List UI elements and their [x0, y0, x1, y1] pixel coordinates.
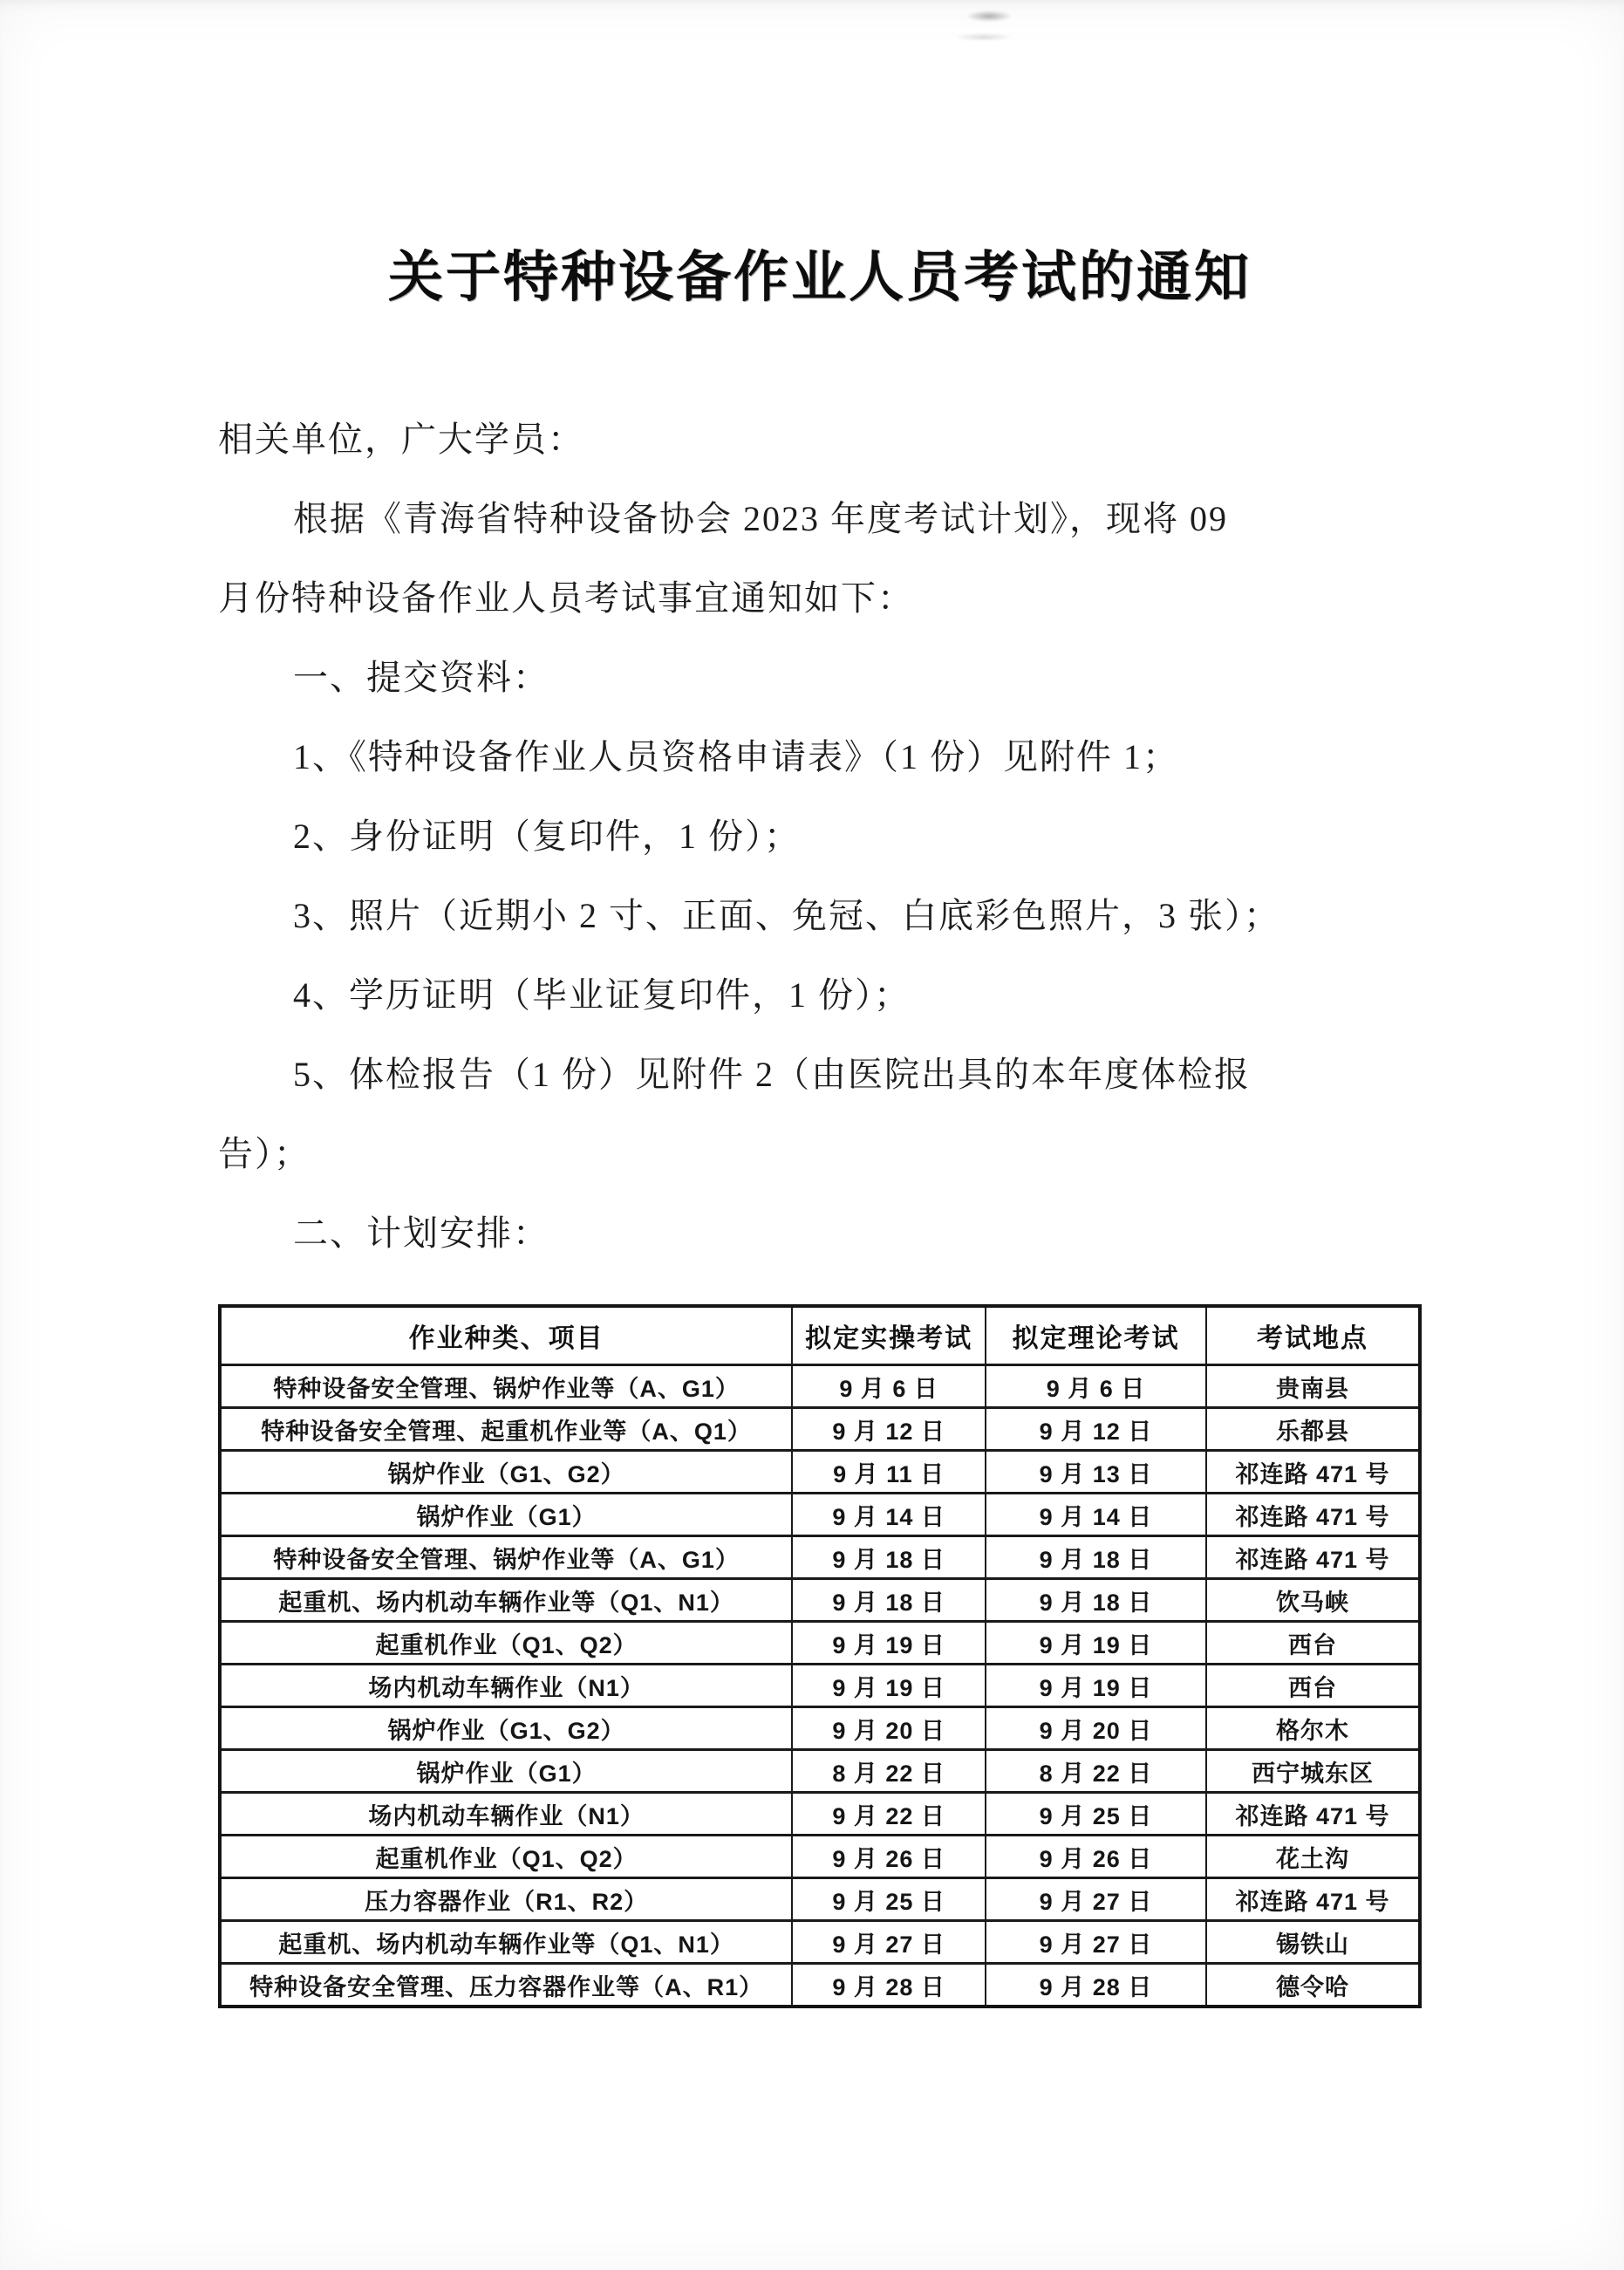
cell-job-category: 锅炉作业（G1、G2） [220, 1451, 792, 1494]
body-line: 4、学历证明（毕业证复印件，1 份）； [218, 955, 1422, 1035]
cell-practical-exam-date: 9 月 27 日 [792, 1921, 986, 1964]
table-row: 锅炉作业（G1）8 月 22 日8 月 22 日西宁城东区 [220, 1750, 1420, 1793]
document-title: 关于特种设备作业人员考试的通知 [218, 0, 1422, 318]
cell-practical-exam-date: 9 月 18 日 [792, 1536, 986, 1579]
table-row: 锅炉作业（G1）9 月 14 日9 月 14 日祁连路 471 号 [220, 1494, 1420, 1536]
body-line: 告）； [218, 1114, 1422, 1193]
column-header: 作业种类、项目 [220, 1306, 792, 1365]
column-header: 拟定理论考试 [986, 1306, 1206, 1365]
cell-practical-exam-date: 9 月 12 日 [792, 1408, 986, 1451]
table-row: 特种设备安全管理、锅炉作业等（A、G1）9 月 18 日9 月 18 日祁连路 … [220, 1536, 1420, 1579]
table-row: 场内机动车辆作业（N1）9 月 19 日9 月 19 日西台 [220, 1665, 1420, 1707]
cell-practical-exam-date: 9 月 22 日 [792, 1793, 986, 1836]
cell-job-category: 特种设备安全管理、锅炉作业等（A、G1） [220, 1365, 792, 1408]
table-row: 特种设备安全管理、锅炉作业等（A、G1）9 月 6 日9 月 6 日贵南县 [220, 1365, 1420, 1408]
cell-exam-location: 锡铁山 [1206, 1921, 1420, 1964]
cell-theory-exam-date: 9 月 26 日 [986, 1836, 1206, 1878]
cell-exam-location: 花土沟 [1206, 1836, 1420, 1878]
table-row: 特种设备安全管理、压力容器作业等（A、R1）9 月 28 日9 月 28 日德令… [220, 1964, 1420, 2007]
cell-practical-exam-date: 9 月 6 日 [792, 1365, 986, 1408]
cell-job-category: 锅炉作业（G1、G2） [220, 1707, 792, 1750]
cell-theory-exam-date: 9 月 18 日 [986, 1579, 1206, 1622]
cell-exam-location: 祁连路 471 号 [1206, 1793, 1420, 1836]
cell-job-category: 锅炉作业（G1） [220, 1494, 792, 1536]
body-line: 5、体检报告（1 份）见附件 2（由医院出具的本年度体检报 [218, 1035, 1422, 1114]
cell-job-category: 场内机动车辆作业（N1） [220, 1793, 792, 1836]
cell-exam-location: 德令哈 [1206, 1964, 1420, 2007]
cell-job-category: 特种设备安全管理、锅炉作业等（A、G1） [220, 1536, 792, 1579]
cell-exam-location: 西台 [1206, 1665, 1420, 1707]
body-text: 相关单位，广大学员：根据《青海省特种设备协会 2023 年度考试计划》，现将 0… [218, 400, 1422, 1273]
cell-theory-exam-date: 9 月 25 日 [986, 1793, 1206, 1836]
cell-exam-location: 饮马峡 [1206, 1579, 1420, 1622]
cell-practical-exam-date: 9 月 25 日 [792, 1878, 986, 1921]
body-line: 2、身份证明（复印件，1 份）； [218, 797, 1422, 876]
cell-theory-exam-date: 9 月 19 日 [986, 1622, 1206, 1665]
body-line: 3、照片（近期小 2 寸、正面、免冠、白底彩色照片，3 张）； [218, 876, 1422, 955]
body-line: 根据《青海省特种设备协会 2023 年度考试计划》，现将 09 [218, 479, 1422, 558]
cell-job-category: 压力容器作业（R1、R2） [220, 1878, 792, 1921]
scanned-document-page: 关于特种设备作业人员考试的通知 相关单位，广大学员：根据《青海省特种设备协会 2… [0, 0, 1624, 2270]
table-row: 起重机、场内机动车辆作业等（Q1、N1）9 月 18 日9 月 18 日饮马峡 [220, 1579, 1420, 1622]
cell-job-category: 起重机、场内机动车辆作业等（Q1、N1） [220, 1579, 792, 1622]
cell-practical-exam-date: 9 月 26 日 [792, 1836, 986, 1878]
body-line: 1、《特种设备作业人员资格申请表》（1 份）见附件 1； [218, 717, 1422, 797]
cell-job-category: 场内机动车辆作业（N1） [220, 1665, 792, 1707]
schedule-table: 作业种类、项目拟定实操考试拟定理论考试考试地点 特种设备安全管理、锅炉作业等（A… [218, 1304, 1422, 2008]
body-line: 月份特种设备作业人员考试事宜通知如下： [218, 558, 1422, 638]
cell-exam-location: 祁连路 471 号 [1206, 1536, 1420, 1579]
body-line: 一、提交资料： [218, 638, 1422, 717]
cell-exam-location: 祁连路 471 号 [1206, 1878, 1420, 1921]
cell-job-category: 起重机作业（Q1、Q2） [220, 1622, 792, 1665]
schedule-head: 作业种类、项目拟定实操考试拟定理论考试考试地点 [220, 1306, 1420, 1365]
cell-practical-exam-date: 9 月 19 日 [792, 1665, 986, 1707]
cell-practical-exam-date: 9 月 28 日 [792, 1964, 986, 2007]
cell-theory-exam-date: 9 月 14 日 [986, 1494, 1206, 1536]
body-line: 相关单位，广大学员： [218, 400, 1422, 479]
cell-exam-location: 祁连路 471 号 [1206, 1494, 1420, 1536]
cell-theory-exam-date: 9 月 27 日 [986, 1921, 1206, 1964]
cell-theory-exam-date: 9 月 13 日 [986, 1451, 1206, 1494]
cell-exam-location: 祁连路 471 号 [1206, 1451, 1420, 1494]
cell-exam-location: 贵南县 [1206, 1365, 1420, 1408]
table-row: 特种设备安全管理、起重机作业等（A、Q1）9 月 12 日9 月 12 日乐都县 [220, 1408, 1420, 1451]
cell-theory-exam-date: 9 月 12 日 [986, 1408, 1206, 1451]
cell-practical-exam-date: 9 月 19 日 [792, 1622, 986, 1665]
cell-practical-exam-date: 9 月 20 日 [792, 1707, 986, 1750]
cell-job-category: 特种设备安全管理、压力容器作业等（A、R1） [220, 1964, 792, 2007]
cell-theory-exam-date: 9 月 6 日 [986, 1365, 1206, 1408]
column-header: 拟定实操考试 [792, 1306, 986, 1365]
table-row: 场内机动车辆作业（N1）9 月 22 日9 月 25 日祁连路 471 号 [220, 1793, 1420, 1836]
cell-theory-exam-date: 9 月 27 日 [986, 1878, 1206, 1921]
cell-practical-exam-date: 8 月 22 日 [792, 1750, 986, 1793]
table-row: 起重机作业（Q1、Q2）9 月 26 日9 月 26 日花土沟 [220, 1836, 1420, 1878]
cell-exam-location: 西台 [1206, 1622, 1420, 1665]
document-content: 关于特种设备作业人员考试的通知 相关单位，广大学员：根据《青海省特种设备协会 2… [218, 0, 1422, 2008]
table-row: 锅炉作业（G1、G2）9 月 11 日9 月 13 日祁连路 471 号 [220, 1451, 1420, 1494]
cell-practical-exam-date: 9 月 14 日 [792, 1494, 986, 1536]
cell-job-category: 锅炉作业（G1） [220, 1750, 792, 1793]
column-header: 考试地点 [1206, 1306, 1420, 1365]
cell-job-category: 起重机、场内机动车辆作业等（Q1、N1） [220, 1921, 792, 1964]
cell-theory-exam-date: 8 月 22 日 [986, 1750, 1206, 1793]
table-row: 起重机作业（Q1、Q2）9 月 19 日9 月 19 日西台 [220, 1622, 1420, 1665]
cell-job-category: 起重机作业（Q1、Q2） [220, 1836, 792, 1878]
table-row: 锅炉作业（G1、G2）9 月 20 日9 月 20 日格尔木 [220, 1707, 1420, 1750]
cell-practical-exam-date: 9 月 18 日 [792, 1579, 986, 1622]
schedule-body: 特种设备安全管理、锅炉作业等（A、G1）9 月 6 日9 月 6 日贵南县特种设… [220, 1365, 1420, 2007]
cell-practical-exam-date: 9 月 11 日 [792, 1451, 986, 1494]
table-row: 起重机、场内机动车辆作业等（Q1、N1）9 月 27 日9 月 27 日锡铁山 [220, 1921, 1420, 1964]
cell-exam-location: 格尔木 [1206, 1707, 1420, 1750]
cell-theory-exam-date: 9 月 28 日 [986, 1964, 1206, 2007]
cell-job-category: 特种设备安全管理、起重机作业等（A、Q1） [220, 1408, 792, 1451]
schedule-header-row: 作业种类、项目拟定实操考试拟定理论考试考试地点 [220, 1306, 1420, 1365]
cell-exam-location: 西宁城东区 [1206, 1750, 1420, 1793]
cell-exam-location: 乐都县 [1206, 1408, 1420, 1451]
cell-theory-exam-date: 9 月 18 日 [986, 1536, 1206, 1579]
table-row: 压力容器作业（R1、R2）9 月 25 日9 月 27 日祁连路 471 号 [220, 1878, 1420, 1921]
body-line: 二、计划安排： [218, 1193, 1422, 1273]
cell-theory-exam-date: 9 月 19 日 [986, 1665, 1206, 1707]
cell-theory-exam-date: 9 月 20 日 [986, 1707, 1206, 1750]
